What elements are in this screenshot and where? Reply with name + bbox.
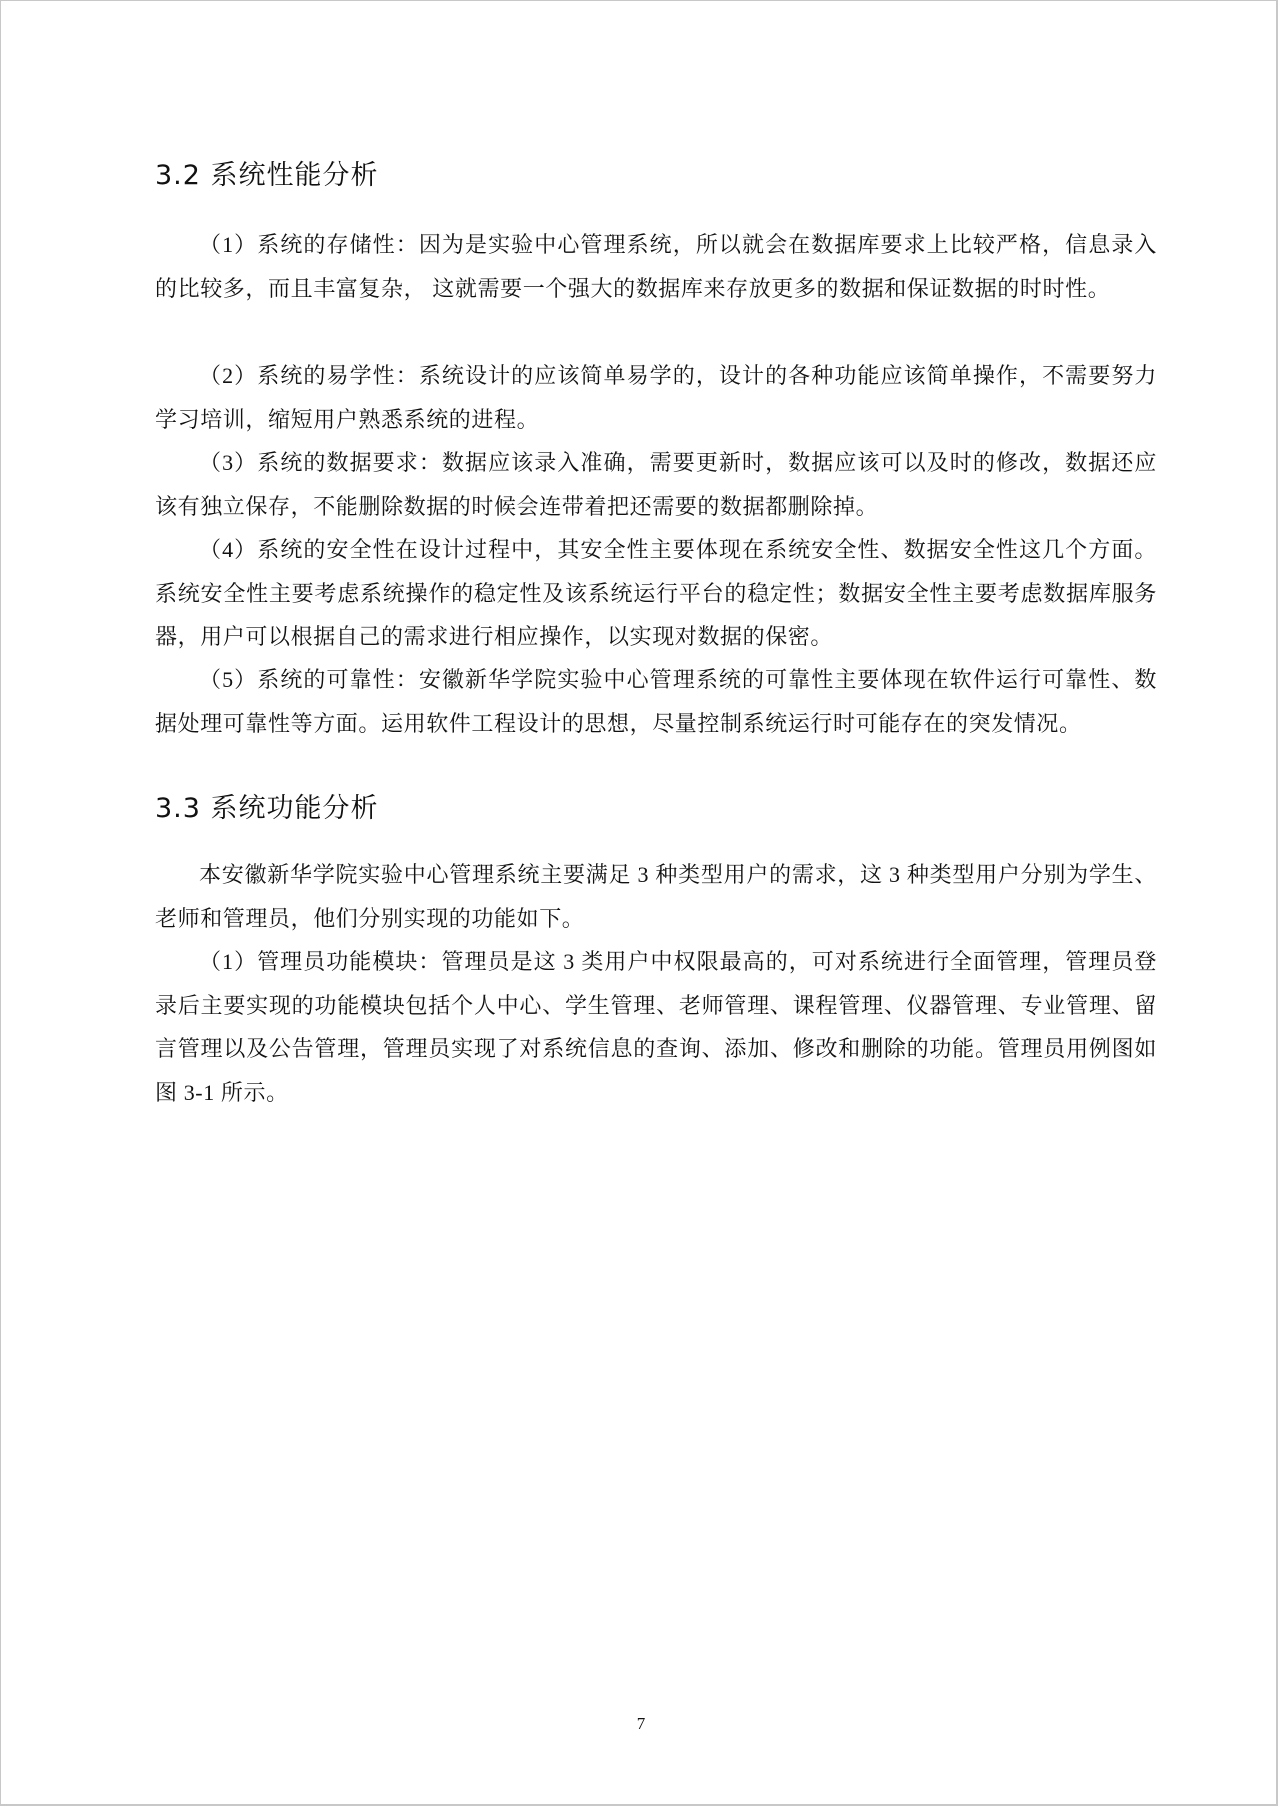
paragraph-security: （4）系统的安全性在设计过程中，其安全性主要体现在系统安全性、数据安全性这几个方… [155,528,1157,659]
paragraph-user-types: 本安徽新华学院实验中心管理系统主要满足 3 种类型用户的需求，这 3 种类型用户… [155,853,1157,940]
section-heading-3-2: 3.2 系统性能分析 [155,153,379,192]
paragraph-storage: （1）系统的存储性：因为是实验中心管理系统，所以就会在数据库要求上比较严格，信息… [155,223,1157,310]
paragraph-admin-module: （1）管理员功能模块：管理员是这 3 类用户中权限最高的，可对系统进行全面管理，… [155,940,1157,1114]
paragraph-learnability: （2）系统的易学性：系统设计的应该简单易学的，设计的各种功能应该简单操作，不需要… [155,354,1157,441]
document-page: 3.2 系统性能分析 （1）系统的存储性：因为是实验中心管理系统，所以就会在数据… [0,0,1278,1806]
page-number: 7 [1,1714,1280,1734]
paragraph-data-requirements: （3）系统的数据要求：数据应该录入准确，需要更新时，数据应该可以及时的修改，数据… [155,441,1157,528]
section-heading-3-3: 3.3 系统功能分析 [155,786,379,825]
paragraph-reliability: （5）系统的可靠性：安徽新华学院实验中心管理系统的可靠性主要体现在软件运行可靠性… [155,658,1157,745]
